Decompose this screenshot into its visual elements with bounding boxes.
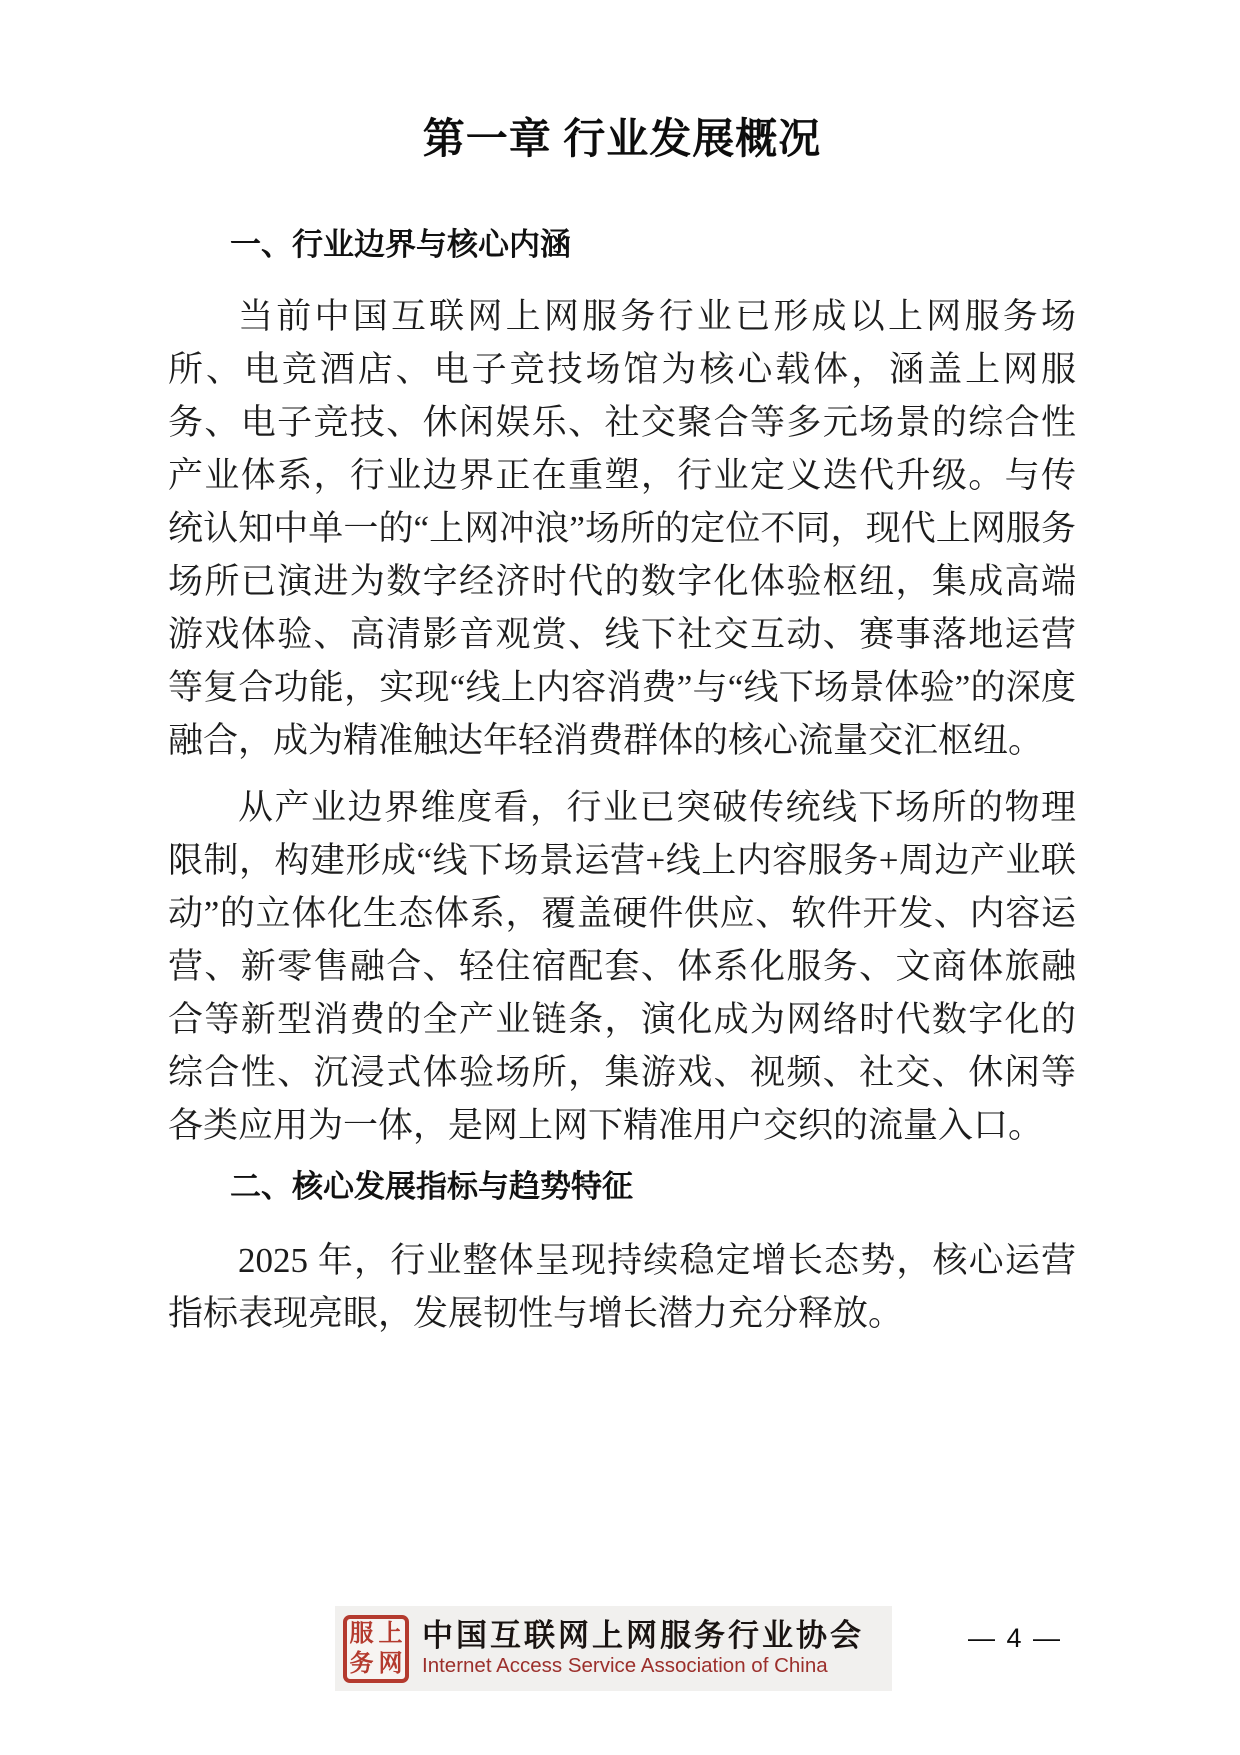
body-paragraph: 2025 年，行业整体呈现持续稳定增长态势，核心运营指标表现亮眼，发展韧性与增长… [168,1234,1076,1340]
body-paragraph: 从产业边界维度看，行业已突破传统线下场所的物理限制，构建形成“线下场景运营+线上… [168,781,1076,1152]
page-number: — 4 — [955,1622,1075,1654]
seal-character: 上 [379,1622,403,1646]
page-content: 第一章 行业发展概况 一、行业边界与核心内涵 当前中国互联网上网服务行业已形成以… [0,0,1240,1340]
chapter-title: 第一章 行业发展概况 [168,112,1076,168]
seal-character: 务 [350,1652,374,1676]
body-paragraph: 当前中国互联网上网服务行业已形成以上网服务场所、电竞酒店、电子竞技场馆为核心载体… [168,290,1076,767]
seal-character: 服 [350,1622,374,1646]
document-page: 第一章 行业发展概况 一、行业边界与核心内涵 当前中国互联网上网服务行业已形成以… [0,0,1240,1755]
section-heading-2: 二、核心发展指标与趋势特征 [168,1166,1076,1208]
association-seal-icon: 服 上 务 网 [343,1615,409,1683]
association-logo: 服 上 务 网 中国互联网上网服务行业协会 Internet Access Se… [335,1606,892,1691]
section-heading-1: 一、行业边界与核心内涵 [168,224,1076,266]
association-name-chinese: 中国互联网上网服务行业协会 [422,1619,864,1652]
association-names: 中国互联网上网服务行业协会 Internet Access Service As… [422,1619,864,1678]
seal-character: 网 [379,1652,403,1676]
association-name-english: Internet Access Service Association of C… [422,1654,864,1678]
